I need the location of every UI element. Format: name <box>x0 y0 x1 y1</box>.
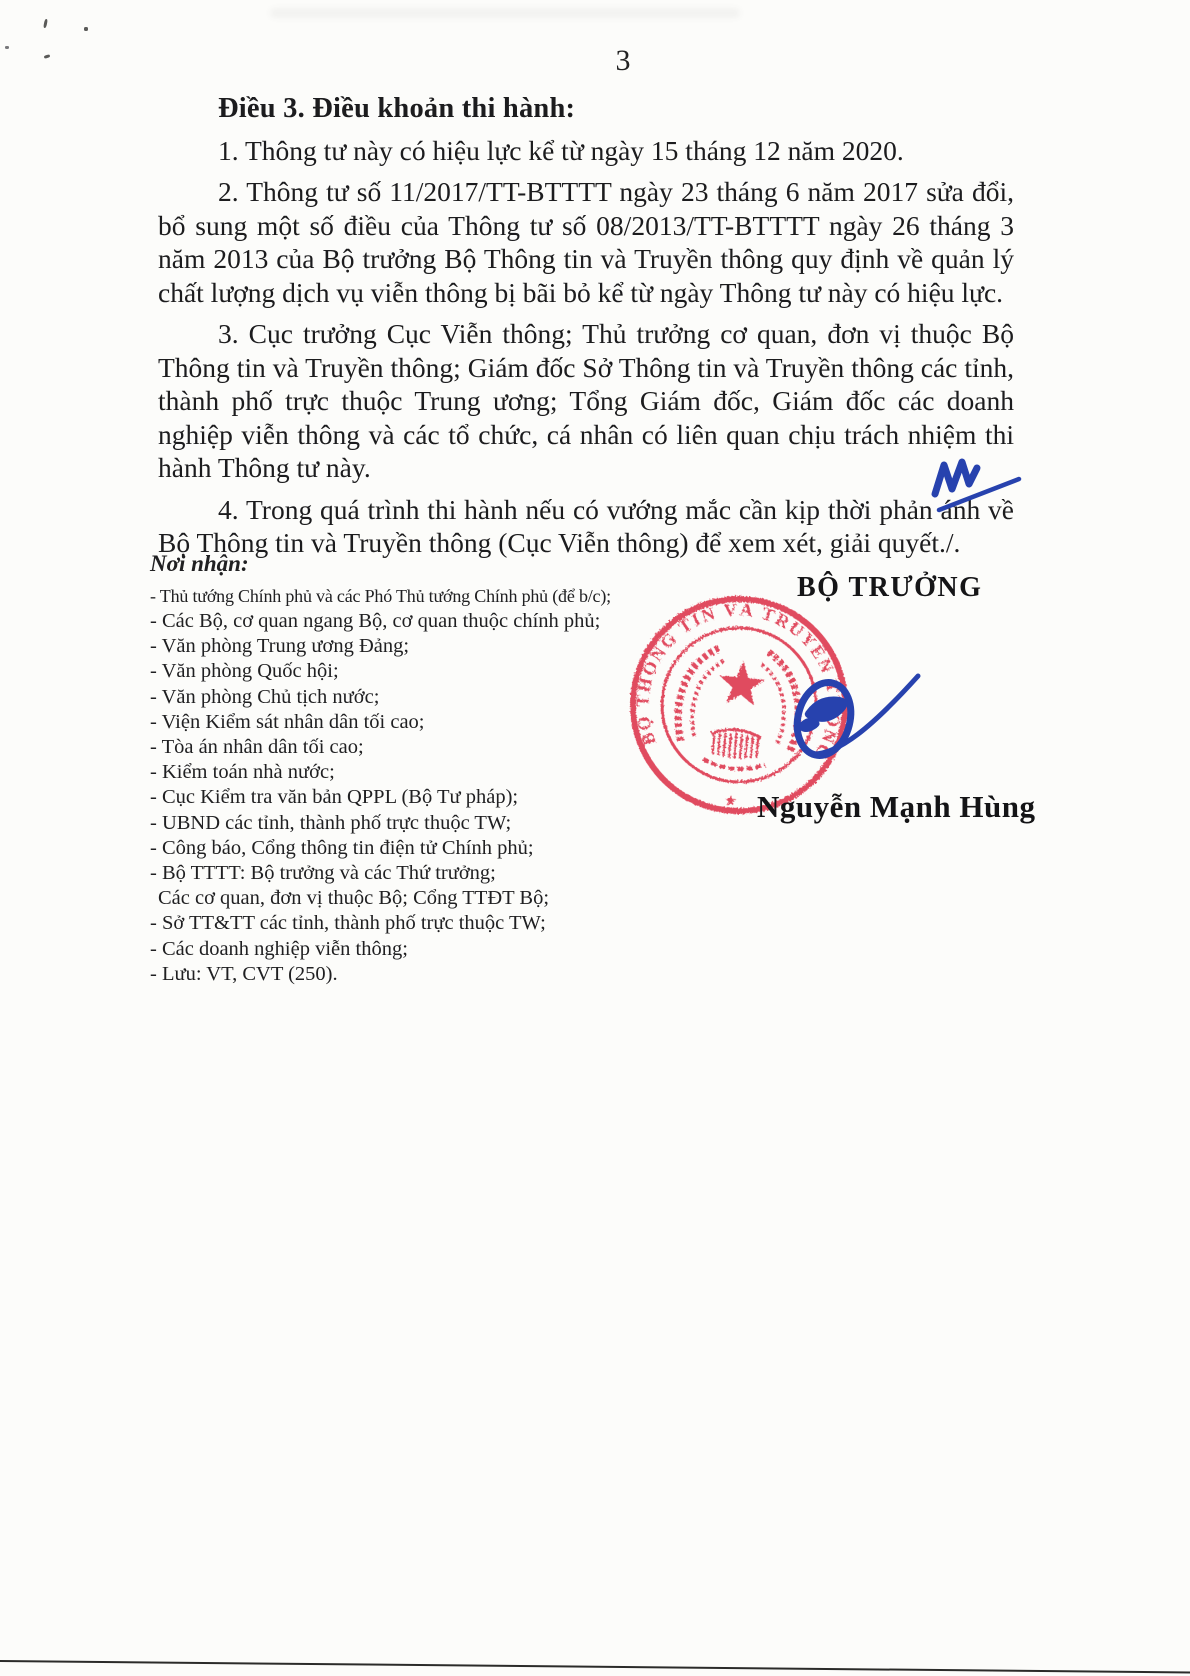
signer-name: Nguyễn Mạnh Hùng <box>757 789 1035 825</box>
page-number: 3 <box>599 44 647 78</box>
article-body: Điều 3. Điều khoản thi hành: 1. Thông tư… <box>158 92 1014 560</box>
recipient-item: - Lưu: VT, CVT (250). <box>150 962 710 987</box>
recipient-item: - Bộ TTTT: Bộ trưởng và các Thứ trưởng; <box>150 861 710 886</box>
recipient-item: Các cơ quan, đơn vị thuộc Bộ; Cổng TTĐT … <box>150 886 710 911</box>
paragraph-3: 3. Cục trưởng Cục Viễn thông; Thủ trưởng… <box>158 317 1014 485</box>
scanned-document-page: { "page_number": "3", "article": { "head… <box>0 0 1190 1676</box>
signature-blob-small <box>798 718 820 732</box>
paragraph-2: 2. Thông tư số 11/2017/TT-BTTTT ngày 23 … <box>158 175 1014 309</box>
scan-speck <box>84 27 88 31</box>
recipient-item: - Sở TT&TT các tỉnh, thành phố trực thuộ… <box>150 911 710 936</box>
paragraph-4: 4. Trong quá trình thi hành nếu có vướng… <box>158 493 1014 560</box>
article-heading: Điều 3. Điều khoản thi hành: <box>158 92 1014 126</box>
scan-edge-line <box>0 1660 1190 1674</box>
scan-speck <box>5 46 9 49</box>
recipients-label: Nơi nhận: <box>150 551 710 577</box>
scan-speck <box>43 19 48 28</box>
recipient-item: - Công báo, Cổng thông tin điện tử Chính… <box>150 836 710 861</box>
scan-speck <box>44 54 51 59</box>
paragraph-1: 1. Thông tư này có hiệu lực kể từ ngày 1… <box>158 134 1014 168</box>
paraph-squiggle <box>935 462 977 494</box>
signature <box>700 626 1020 798</box>
recipient-item: - Các doanh nghiệp viễn thông; <box>150 937 710 962</box>
scan-smudge <box>270 8 740 18</box>
signature-initial <box>923 452 1027 518</box>
